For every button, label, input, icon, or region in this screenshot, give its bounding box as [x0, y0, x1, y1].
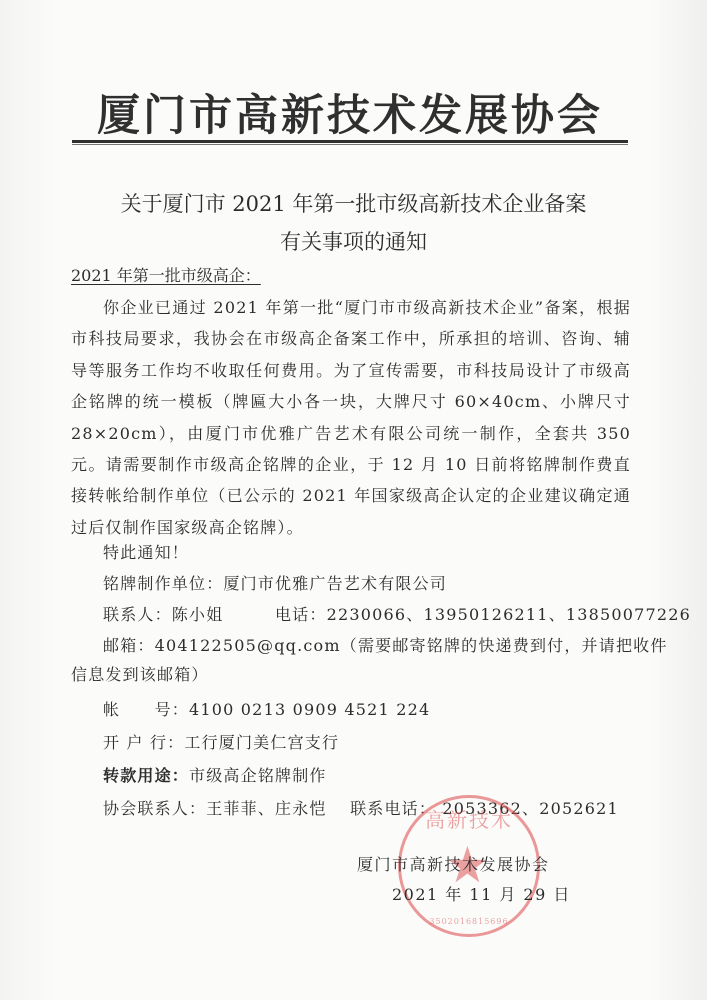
salutation: 2021 年第一批市级高企： — [71, 263, 261, 286]
notice-title-line2: 有关事项的通知 — [0, 226, 707, 256]
purpose-value: 市级高企铭牌制作 — [189, 766, 327, 785]
letterhead-title: 厦门市高新技术发展协会 — [70, 86, 630, 146]
assoc-contact-line: 协会联系人：王菲菲、庄永恺 联系电话： 2053362、2052621 — [103, 796, 619, 819]
purpose-line: 转款用途：市级高企铭牌制作 — [103, 763, 327, 786]
contact-line: 联系人：陈小姐 电话：2230066、13950126211、138500772… — [103, 602, 691, 625]
signature-org: 厦门市高新技术发展协会 — [357, 852, 550, 875]
account-line: 帐 号：4100 0213 0909 4521 224 — [103, 697, 430, 720]
email-line-cont: 信息发到该邮箱） — [71, 662, 209, 685]
maker-line: 铭牌制作单位：厦门市优雅广告艺术有限公司 — [103, 571, 447, 594]
seal-arc-text: 高新技术 — [401, 804, 537, 833]
seal-number: 3502016815696 — [401, 917, 537, 926]
signature-date: 2021 年 11 月 29 日 — [392, 882, 571, 905]
document-page: 厦门市高新技术发展协会 关于厦门市 2021 年第一批市级高新技术企业备案 有关… — [0, 0, 707, 1000]
letterhead-rule-thin — [72, 144, 628, 145]
body-paragraph: 你企业已通过 2021 年第一批“厦门市市级高新技术企业”备案，根据市科技局要求… — [71, 292, 631, 543]
notice-title-line1: 关于厦门市 2021 年第一批市级高新技术企业备案 — [0, 188, 707, 218]
bank-line: 开 户 行：工行厦门美仁宫支行 — [103, 730, 339, 753]
purpose-label: 转款用途： — [103, 766, 189, 785]
notice-closing: 特此通知！ — [103, 540, 189, 563]
email-line: 邮箱：404122505@qq.com（需要邮寄铭牌的快递费到付，并请把收件 — [103, 633, 668, 656]
letterhead-rule — [72, 140, 628, 143]
